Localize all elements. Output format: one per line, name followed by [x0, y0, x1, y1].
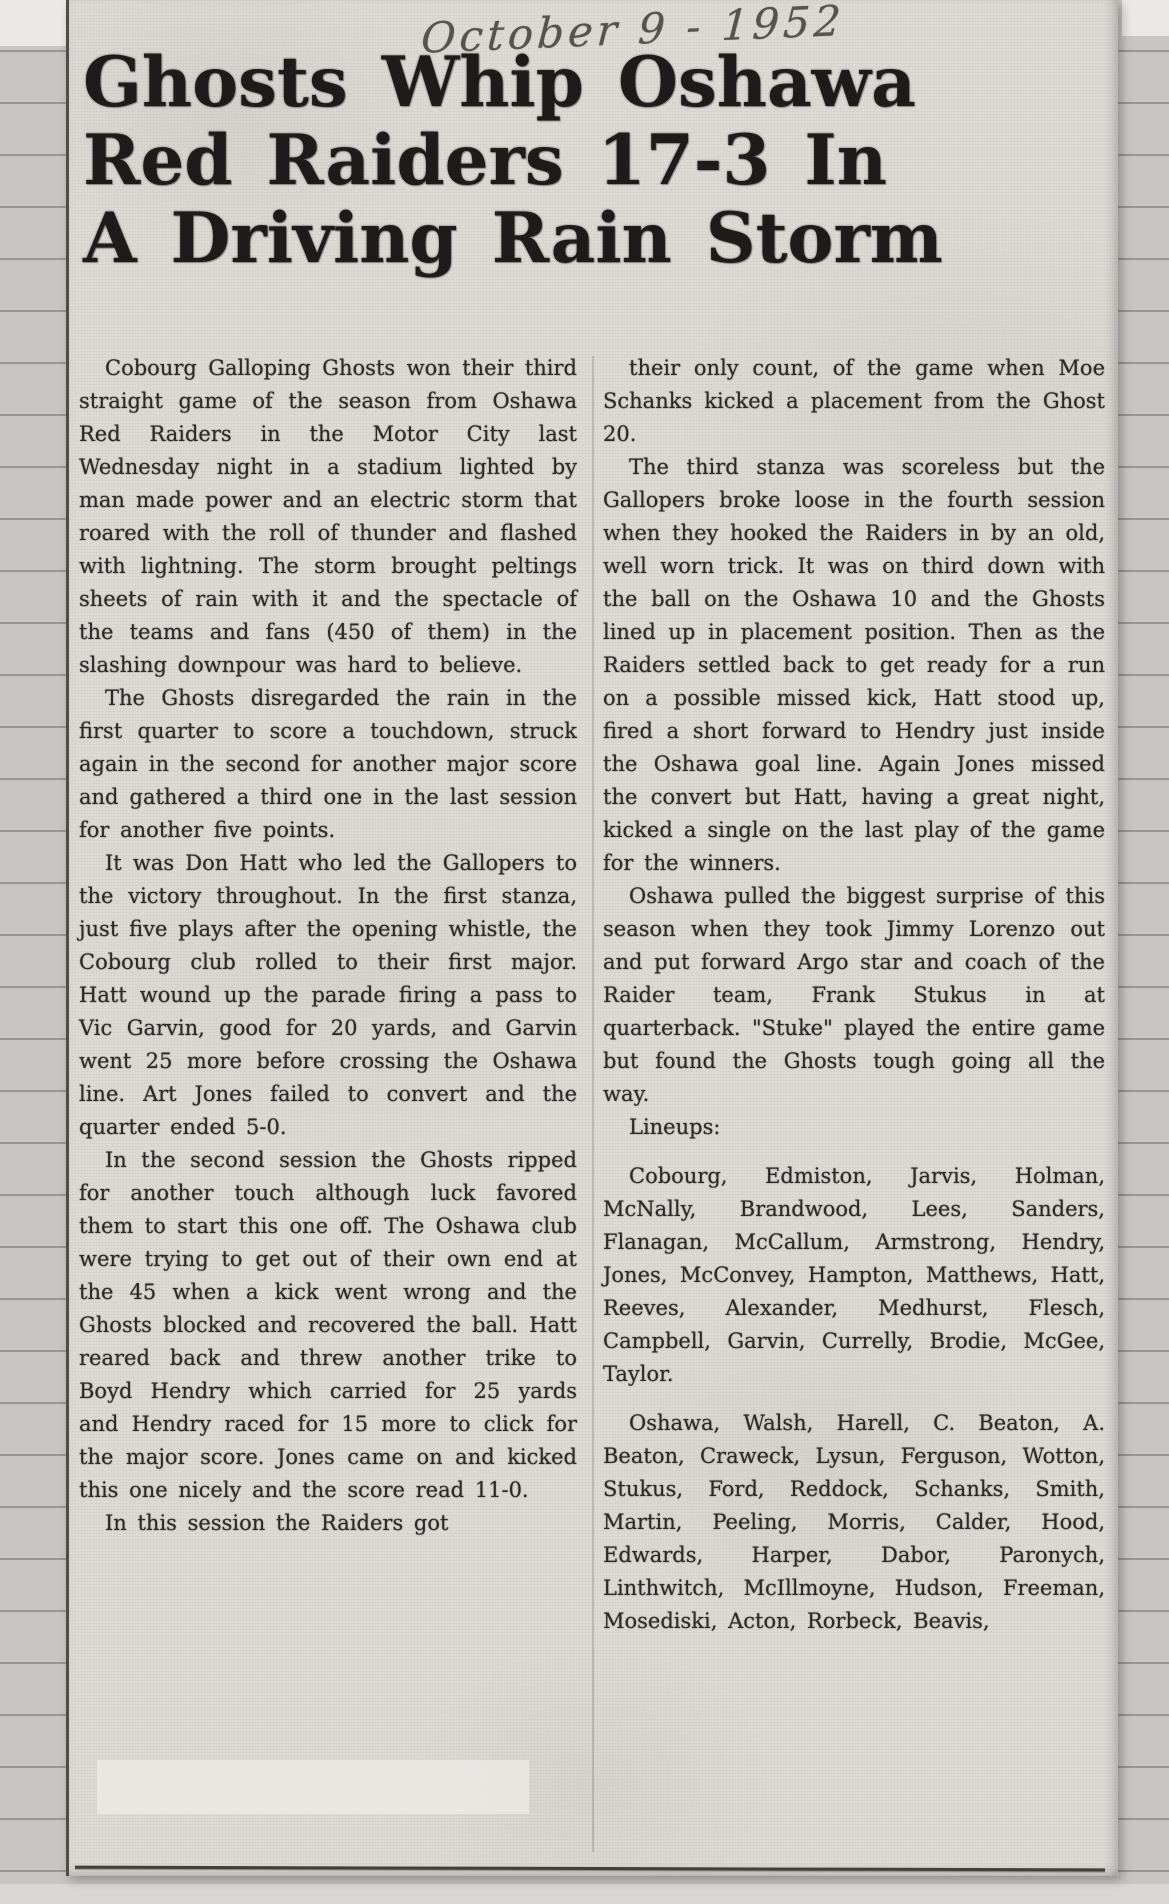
- newspaper-clipping: October 9 - 1952 Ghosts Whip Oshawa Red …: [66, 0, 1118, 1876]
- cobourg-lineup: Cobourg, Edmiston, Jarvis, Holman, McNal…: [603, 1160, 1105, 1391]
- article-left-column: Cobourg Galloping Ghosts won their third…: [79, 352, 577, 1540]
- clipping-bottom-edge: [75, 1866, 1105, 1872]
- headline-line-3: A Driving Rain Storm: [83, 200, 1093, 278]
- paper-patch-top-right: [1122, 0, 1169, 36]
- paragraph: their only count, of the game when Moe S…: [603, 352, 1105, 451]
- paper-strip-bottom: [0, 1884, 1169, 1904]
- headline-line-2: Red Raiders 17-3 In: [83, 122, 1093, 200]
- tape-highlight: [97, 1760, 529, 1814]
- headline-line-1: Ghosts Whip Oshawa: [83, 44, 1093, 122]
- lineups-label: Lineups:: [603, 1111, 1105, 1144]
- paragraph: In the second session the Ghosts ripped …: [79, 1144, 577, 1507]
- paragraph: Cobourg Galloping Ghosts won their third…: [79, 352, 577, 682]
- headline: Ghosts Whip Oshawa Red Raiders 17-3 In A…: [83, 44, 1093, 278]
- paragraph: It was Don Hatt who led the Gallopers to…: [79, 847, 577, 1144]
- paragraph: The third stanza was scoreless but the G…: [603, 451, 1105, 880]
- paragraph: In this session the Raiders got: [79, 1507, 577, 1540]
- column-rule: [592, 356, 594, 1852]
- paragraph: Oshawa pulled the biggest surprise of th…: [603, 880, 1105, 1111]
- article-right-column: their only count, of the game when Moe S…: [603, 352, 1105, 1638]
- oshawa-lineup: Oshawa, Walsh, Harell, C. Beaton, A. Bea…: [603, 1407, 1105, 1638]
- paragraph: The Ghosts disregarded the rain in the f…: [79, 682, 577, 847]
